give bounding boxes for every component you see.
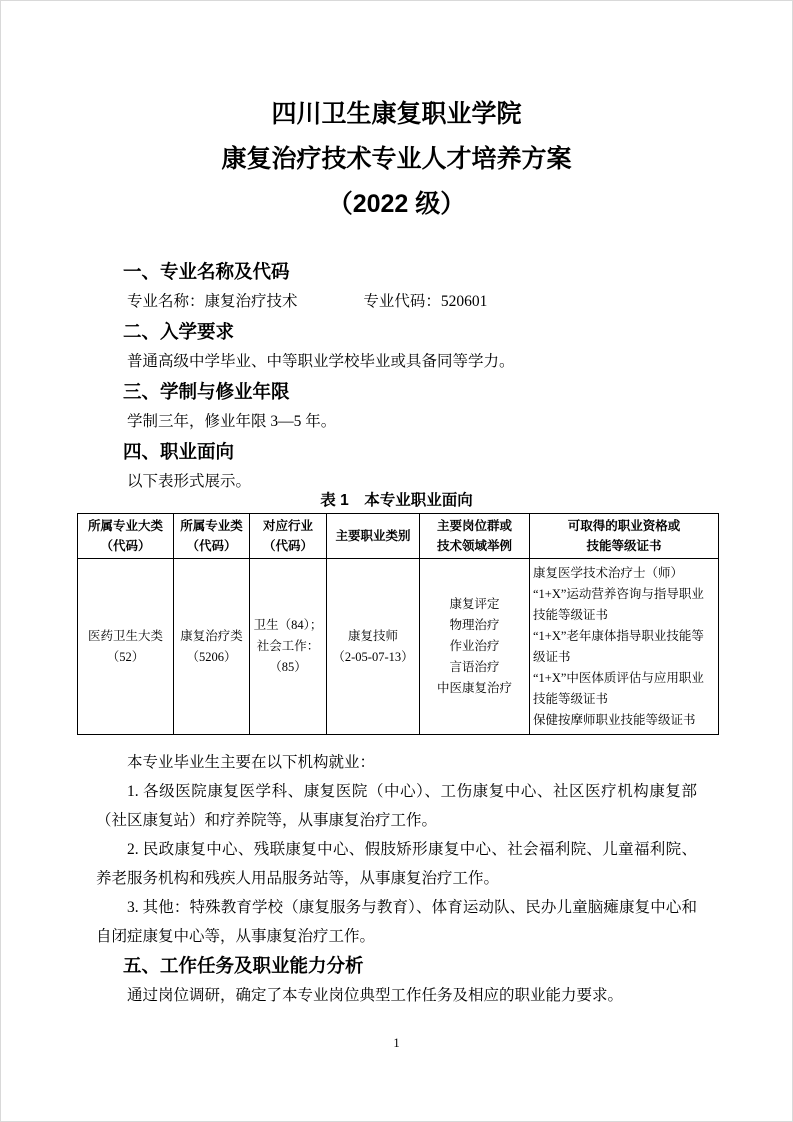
cell-industry: 卫生（84）； 社会工作： （85） [250,559,327,735]
cell-line: （5206） [177,647,246,668]
section-heading-career-orientation: 四、职业面向 [96,437,697,467]
employment-item-1: 1. 各级医院康复医学科、康复医院（中心）、工伤康复中心、社区医疗机构康复部（社… [96,777,697,835]
cell-line: 卫生（84）； [253,615,323,636]
document-page: 四川卫生康复职业学院 康复治疗技术专业人才培养方案 （2022 级） 一、专业名… [0,0,793,1122]
certificate-item: “1+X”中医体质评估与应用职业技能等级证书 [533,668,715,710]
cell-major-class: 康复治疗类 （5206） [174,559,250,735]
cell-line: （85） [253,657,323,678]
document-title-line-2: 康复治疗技术专业人才培养方案 [96,137,697,182]
employment-item-3: 3. 其他：特殊教育学校（康复服务与教育）、体育运动队、民办儿童脑瘫康复中心和自… [96,893,697,951]
cell-line: 中医康复治疗 [423,678,526,699]
cell-certificates: 康复医学技术治疗士（师） “1+X”运动营养咨询与指导职业技能等级证书 “1+X… [530,559,719,735]
major-name-code-line: 专业名称：康复治疗技术 专业代码：520601 [96,287,697,317]
cell-line: 医药卫生大类 [81,626,170,647]
cell-positions: 康复评定 物理治疗 作业治疗 言语治疗 中医康复治疗 [420,559,530,735]
certificate-item: “1+X”运动营养咨询与指导职业技能等级证书 [533,584,715,626]
study-duration-text: 学制三年，修业年限 3—5 年。 [96,407,697,437]
th-line: 所属专业类 [177,516,246,536]
employment-item-2: 2. 民政康复中心、残联康复中心、假肢矫形康复中心、社会福利院、儿童福利院、养老… [96,835,697,893]
th-occupation: 主要职业类别 [327,514,420,559]
table-data-row: 医药卫生大类 （52） 康复治疗类 （5206） 卫生（84）； 社会工作： （… [78,559,719,735]
cell-line: （2-05-07-13） [330,647,416,668]
th-line: 技术领域举例 [423,536,526,556]
th-line: 对应行业 [253,516,323,536]
table-header-row: 所属专业大类 （代码） 所属专业类 （代码） 对应行业 （代码） 主要职业类别 [78,514,719,559]
th-line: 所属专业大类 [81,516,170,536]
document-content: 四川卫生康复职业学院 康复治疗技术专业人才培养方案 （2022 级） 一、专业名… [1,92,792,1011]
th-line: 主要岗位群或 [423,516,526,536]
cell-line: 社会工作： [253,636,323,657]
career-orientation-table: 所属专业大类 （代码） 所属专业类 （代码） 对应行业 （代码） 主要职业类别 [77,513,719,735]
entry-requirements-text: 普通高级中学毕业、中等职业学校毕业或具备同等学力。 [96,347,697,377]
section-heading-study-duration: 三、学制与修业年限 [96,377,697,407]
th-line: 可取得的职业资格或 [533,516,715,536]
th-line: （代码） [177,536,246,556]
th-line: （代码） [81,536,170,556]
th-line: 技能等级证书 [533,536,715,556]
cell-occupation: 康复技师 （2-05-07-13） [327,559,420,735]
employment-intro: 本专业毕业生主要在以下机构就业： [96,748,697,777]
cell-line: 物理治疗 [423,615,526,636]
th-line: 主要职业类别 [330,526,416,546]
cell-line: （52） [81,647,170,668]
document-title-line-3: （2022 级） [96,182,697,227]
cell-major-category: 医药卫生大类 （52） [78,559,174,735]
th-major-class: 所属专业类 （代码） [174,514,250,559]
certificate-item: “1+X”老年康体指导职业技能等级证书 [533,626,715,668]
employment-paragraphs: 本专业毕业生主要在以下机构就业： 1. 各级医院康复医学科、康复医院（中心）、工… [96,748,697,951]
th-major-category: 所属专业大类 （代码） [78,514,174,559]
cell-line: 康复治疗类 [177,626,246,647]
cell-line: 康复技师 [330,626,416,647]
cell-line: 作业治疗 [423,636,526,657]
th-positions: 主要岗位群或 技术领域举例 [420,514,530,559]
document-title-line-1: 四川卫生康复职业学院 [96,92,697,137]
page-number: 1 [1,1037,792,1050]
th-line: （代码） [253,536,323,556]
cell-line: 康复评定 [423,594,526,615]
section-heading-major-name-code: 一、专业名称及代码 [96,257,697,287]
section-heading-work-tasks: 五、工作任务及职业能力分析 [96,951,697,981]
document-title-block: 四川卫生康复职业学院 康复治疗技术专业人才培养方案 （2022 级） [96,92,697,227]
major-name-value: 专业名称：康复治疗技术 [127,293,298,310]
section-heading-entry-requirements: 二、入学要求 [96,317,697,347]
th-certificates: 可取得的职业资格或 技能等级证书 [530,514,719,559]
cell-line: 言语治疗 [423,657,526,678]
certificate-item: 康复医学技术治疗士（师） [533,563,715,584]
major-code-value: 专业代码：520601 [363,293,487,310]
th-industry: 对应行业 （代码） [250,514,327,559]
certificate-item: 保健按摩师职业技能等级证书 [533,710,715,731]
work-tasks-text: 通过岗位调研，确定了本专业岗位典型工作任务及相应的职业能力要求。 [96,981,697,1011]
